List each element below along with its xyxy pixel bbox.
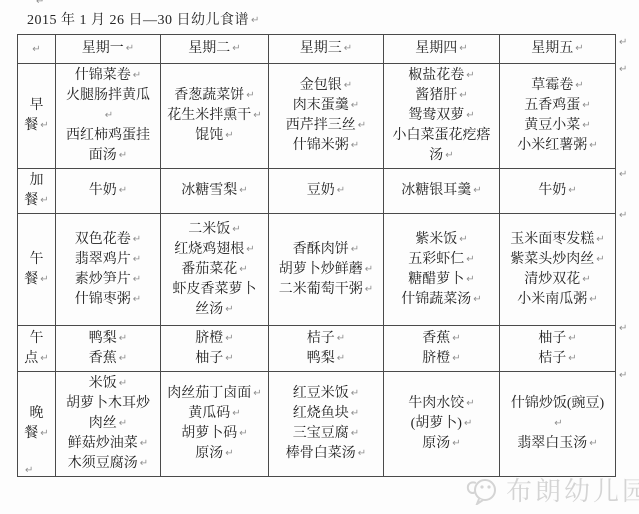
menu-cell: 椒盐花卷酱猪肝鸳鸯双萝小白菜蛋花疙瘩汤 — [384, 64, 500, 169]
dish-item: 清炒双花 — [506, 270, 609, 290]
dish-item: 双色花卷 — [62, 230, 154, 250]
dish-item: 牛奶 — [506, 181, 609, 201]
corner-cell — [18, 35, 56, 64]
paragraph-mark — [619, 170, 627, 180]
dish-item: 木须豆腐汤 — [62, 454, 154, 474]
dish-item: 黄瓜码 — [167, 404, 262, 424]
dish-item: 红烧鸡翅根 — [167, 240, 262, 260]
meal-label-snack: 加餐 — [18, 169, 56, 214]
dish-item: 五彩虾仁 — [390, 250, 493, 270]
dish-item: 红豆米饭 — [275, 384, 377, 404]
menu-cell: 草霉卷五香鸡蛋黄豆小菜小米红薯粥 — [500, 64, 616, 169]
menu-cell: 香蕉脐橙 — [384, 326, 500, 372]
dish-item: 牛肉水饺 — [390, 394, 493, 414]
dish-item: 什锦菜卷 — [62, 66, 154, 86]
paragraph-mark — [619, 65, 627, 75]
header-row: 星期一星期二星期三星期四星期五 — [18, 35, 616, 64]
menu-table-body: 早餐什锦菜卷火腿肠拌黄瓜西红柿鸡蛋挂面汤香葱蔬菜饼花生米拌熏干馄饨金包银肉末蛋羹… — [18, 64, 616, 477]
dish-item: 小米南瓜粥 — [506, 290, 609, 310]
dish-item: 小白菜蛋花疙瘩汤 — [390, 126, 493, 166]
menu-cell: 金包银肉末蛋羹西芹拌三丝什锦米粥 — [269, 64, 384, 169]
menu-cell: 牛肉水饺(胡萝卜)原汤 — [384, 372, 500, 477]
weekly-menu-table: 星期一星期二星期三星期四星期五 早餐什锦菜卷火腿肠拌黄瓜西红柿鸡蛋挂面汤香葱蔬菜… — [17, 34, 616, 477]
meal-label-dinner: 晚餐 — [18, 372, 56, 477]
dish-item: 肉丝茄丁卤面 — [167, 384, 262, 404]
dish-item: 鸭梨 — [62, 329, 154, 349]
dish-item: 胡萝卜木耳炒肉丝 — [62, 394, 154, 434]
menu-cell: 桔子鸭梨 — [269, 326, 384, 372]
dish-item: 西芹拌三丝 — [275, 116, 377, 136]
meal-row-snack: 加餐牛奶冰糖雪梨豆奶冰糖银耳羹牛奶 — [18, 169, 616, 214]
dish-item: 什锦炒饭(豌豆) — [506, 394, 609, 434]
menu-cell: 牛奶 — [500, 169, 616, 214]
dish-item: 西红柿鸡蛋挂面汤 — [62, 126, 154, 166]
paragraph-mark — [36, 0, 44, 7]
meal-label-afternoon: 午点 — [18, 326, 56, 372]
dish-item: 桔子 — [506, 349, 609, 369]
dish-item: 柚子 — [167, 349, 262, 369]
dish-item: 二米葡萄干粥 — [275, 280, 377, 300]
paragraph-mark — [619, 211, 627, 221]
day-header-1: 星期一 — [56, 35, 161, 64]
dish-item: 虾皮香菜萝卜丝汤 — [167, 280, 262, 320]
menu-cell: 豆奶 — [269, 169, 384, 214]
dish-item: 香酥肉饼 — [275, 240, 377, 260]
menu-cell: 柚子桔子 — [500, 326, 616, 372]
dish-item: 鸳鸯双萝 — [390, 106, 493, 126]
dish-item: 馄饨 — [167, 126, 262, 146]
dish-item: 草霉卷 — [506, 76, 609, 96]
meal-label-lunch: 午餐 — [18, 214, 56, 326]
menu-cell: 脐橙柚子 — [161, 326, 269, 372]
menu-cell: 香酥肉饼胡萝卜炒鲜蘑二米葡萄干粥 — [269, 214, 384, 326]
dish-item: 花生米拌熏干 — [167, 106, 262, 126]
dish-item: 脐橙 — [390, 349, 493, 369]
dish-item: 豆奶 — [275, 181, 377, 201]
paragraph-mark — [619, 324, 627, 334]
dish-item: 三宝豆腐 — [275, 424, 377, 444]
dish-item: 原汤 — [167, 444, 262, 464]
dish-item: 米饭 — [62, 374, 154, 394]
meal-row-lunch: 午餐双色花卷翡翠鸡片素炒笋片什锦枣粥二米饭红烧鸡翅根番茄菜花虾皮香菜萝卜丝汤香酥… — [18, 214, 616, 326]
menu-cell: 鸭梨香蕉 — [56, 326, 161, 372]
dish-item: 什锦蔬菜汤 — [390, 290, 493, 310]
menu-cell: 什锦炒饭(豌豆)翡翠白玉汤 — [500, 372, 616, 477]
day-header-5: 星期五 — [500, 35, 616, 64]
dish-item: 黄豆小菜 — [506, 116, 609, 136]
menu-cell: 紫米饭五彩虾仁糖醋萝卜什锦蔬菜汤 — [384, 214, 500, 326]
dish-item: 素炒笋片 — [62, 270, 154, 290]
meal-row-dinner: 晚餐米饭胡萝卜木耳炒肉丝鲜菇炒油菜木须豆腐汤肉丝茄丁卤面黄瓜码胡萝卜码原汤红豆米… — [18, 372, 616, 477]
menu-cell: 冰糖雪梨 — [161, 169, 269, 214]
paragraph-mark — [32, 41, 40, 56]
dish-item: 香葱蔬菜饼 — [167, 86, 262, 106]
dish-item: 金包银 — [275, 76, 377, 96]
menu-cell: 肉丝茄丁卤面黄瓜码胡萝卜码原汤 — [161, 372, 269, 477]
dish-item: 玉米面枣发糕 — [506, 230, 609, 250]
dish-item: 柚子 — [506, 329, 609, 349]
meal-row-afternoon: 午点鸭梨香蕉脐橙柚子桔子鸭梨香蕉脐橙柚子桔子 — [18, 326, 616, 372]
day-header-2: 星期二 — [161, 35, 269, 64]
menu-cell: 什锦菜卷火腿肠拌黄瓜西红柿鸡蛋挂面汤 — [56, 64, 161, 169]
menu-table-header: 星期一星期二星期三星期四星期五 — [18, 35, 616, 64]
dish-item: 火腿肠拌黄瓜 — [62, 86, 154, 126]
dish-item: (胡萝卜) — [390, 414, 493, 434]
dish-item: 桔子 — [275, 329, 377, 349]
dish-item: 酱猪肝 — [390, 86, 493, 106]
dish-item: 糖醋萝卜 — [390, 270, 493, 290]
dish-item: 什锦米粥 — [275, 136, 377, 156]
dish-item: 冰糖银耳羹 — [390, 181, 493, 201]
day-header-4: 星期四 — [384, 35, 500, 64]
dish-item: 五香鸡蛋 — [506, 96, 609, 116]
menu-cell: 红豆米饭红烧鱼块三宝豆腐棒骨白菜汤 — [269, 372, 384, 477]
day-header-3: 星期三 — [269, 35, 384, 64]
dish-item: 胡萝卜码 — [167, 424, 262, 444]
menu-cell: 香葱蔬菜饼花生米拌熏干馄饨 — [161, 64, 269, 169]
dish-item: 鲜菇炒油菜 — [62, 434, 154, 454]
dish-item: 二米饭 — [167, 220, 262, 240]
dish-item: 胡萝卜炒鲜蘑 — [275, 260, 377, 280]
dish-item: 椒盐花卷 — [390, 66, 493, 86]
dish-item: 冰糖雪梨 — [167, 181, 262, 201]
dish-item: 鸭梨 — [275, 349, 377, 369]
dish-item: 紫菜头炒肉丝 — [506, 250, 609, 270]
dish-item: 原汤 — [390, 434, 493, 454]
menu-cell: 双色花卷翡翠鸡片素炒笋片什锦枣粥 — [56, 214, 161, 326]
kindergarten-watermark: 布朗幼儿园 — [466, 471, 639, 508]
paragraph-mark — [619, 371, 627, 381]
dish-item: 翡翠鸡片 — [62, 250, 154, 270]
meal-label-breakfast: 早餐 — [18, 64, 56, 169]
paragraph-mark — [25, 466, 33, 476]
dish-item: 翡翠白玉汤 — [506, 434, 609, 454]
dish-item: 牛奶 — [62, 181, 154, 201]
dish-item: 肉末蛋羹 — [275, 96, 377, 116]
menu-cell: 牛奶 — [56, 169, 161, 214]
paragraph-mark — [619, 38, 627, 48]
kindergarten-name: 布朗幼儿园 — [506, 471, 639, 508]
dish-item: 香蕉 — [390, 329, 493, 349]
dish-item: 番茄菜花 — [167, 260, 262, 280]
page-title: 2015 年 1 月 26 日—30 日幼儿食谱 — [27, 9, 260, 29]
menu-cell: 玉米面枣发糕紫菜头炒肉丝清炒双花小米南瓜粥 — [500, 214, 616, 326]
dish-item: 香蕉 — [62, 349, 154, 369]
meal-row-breakfast: 早餐什锦菜卷火腿肠拌黄瓜西红柿鸡蛋挂面汤香葱蔬菜饼花生米拌熏干馄饨金包银肉末蛋羹… — [18, 64, 616, 169]
menu-cell: 米饭胡萝卜木耳炒肉丝鲜菇炒油菜木须豆腐汤 — [56, 372, 161, 477]
dish-item: 小米红薯粥 — [506, 136, 609, 156]
menu-cell: 冰糖银耳羹 — [384, 169, 500, 214]
dish-item: 紫米饭 — [390, 230, 493, 250]
kindergarten-logo-icon — [466, 475, 500, 505]
dish-item: 什锦枣粥 — [62, 290, 154, 310]
menu-cell: 二米饭红烧鸡翅根番茄菜花虾皮香菜萝卜丝汤 — [161, 214, 269, 326]
dish-item: 棒骨白菜汤 — [275, 444, 377, 464]
dish-item: 脐橙 — [167, 329, 262, 349]
dish-item: 红烧鱼块 — [275, 404, 377, 424]
